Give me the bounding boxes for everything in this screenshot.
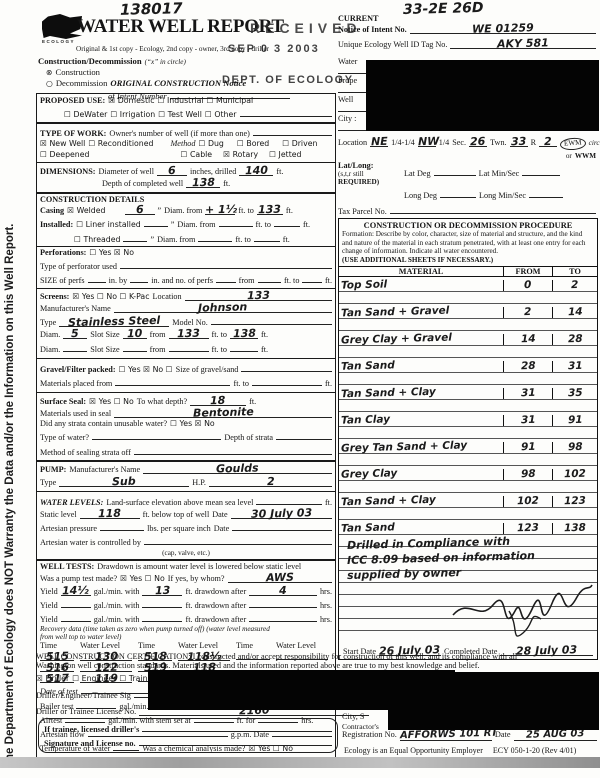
perforator-label: Type of perforator used — [40, 262, 117, 272]
screens-label: Screens: — [40, 292, 69, 302]
cell-from: 28 — [521, 361, 536, 372]
pump-test-yesno: ☒ Yes ☐ No — [120, 574, 165, 584]
circle-one-note: circle one — [589, 139, 600, 148]
checkbox-irrigation: ☐ Irrigation — [110, 110, 155, 120]
gal-min-label: gal./min. with — [94, 587, 140, 597]
pump-type-label: Type — [40, 478, 56, 488]
owners-number-blank — [253, 125, 332, 136]
slot-size2-blank — [123, 341, 147, 352]
by-whom-blank: AWS — [228, 572, 332, 583]
checkbox-new-well: ☒ New Well — [40, 139, 85, 149]
casing-label: Casing — [40, 206, 64, 216]
trainee-blank1 — [142, 721, 332, 732]
proposed-use-title: PROPOSED USE: — [40, 96, 105, 106]
lbs-label: lbs. per square inch — [147, 524, 211, 534]
casing-from-value: + 1½ — [205, 204, 237, 216]
checkbox-dewater: ☐ DeWater — [64, 110, 107, 120]
perf-blank — [258, 272, 281, 283]
yield2-hrs-blank — [249, 597, 317, 608]
cell-from: 14 — [521, 334, 536, 345]
model-no-blank — [211, 314, 332, 325]
cell-to: 98 — [568, 442, 583, 453]
location-line: Location NE 1/4-1/4 NW 1/4 Sec. 26 Twn. … — [338, 136, 596, 150]
gravel-size-blank — [241, 361, 332, 372]
note-line-1: Drilled in Compliance with — [347, 534, 577, 551]
decommission-radio-icon: ○ — [46, 79, 53, 89]
current-label: CURRENT — [338, 14, 596, 23]
table-row — [339, 292, 597, 304]
artesian-controlled-blank — [144, 534, 332, 545]
static-level-value: 118 — [98, 508, 121, 520]
gravel-size-label: Size of gravel/sand — [176, 365, 239, 375]
diameter-label: Diameter of well — [99, 167, 154, 177]
checkbox-other: ☐ Other — [205, 110, 237, 120]
city-state-label: City, S — [342, 712, 365, 721]
table-row: Top Soil02 — [339, 277, 597, 292]
cell-to: 35 — [568, 388, 583, 399]
ft-to-label: ft. to — [233, 379, 248, 389]
yield2-dd-blank — [142, 597, 182, 608]
dimensions-title: DIMENSIONS: — [40, 167, 96, 177]
checkbox-rotary: ☒ Rotary — [223, 150, 258, 160]
long-min-label: Long Min/Sec — [479, 191, 526, 201]
copy-distribution-note: Original & 1st copy - Ecology, 2nd copy … — [76, 45, 269, 53]
other-blank — [240, 106, 333, 117]
twn-label: Twn. — [490, 138, 506, 148]
ft-to-label: ft. to — [238, 206, 253, 216]
section-construction-details: CONSTRUCTION DETAILS Casing ☒ Welded 6” … — [36, 192, 336, 359]
trainee-line1: If trainee, licensed driller's — [44, 725, 139, 735]
screen-diam-blank: 5 — [63, 328, 87, 339]
procedure-box: CONSTRUCTION OR DECOMMISSION PROCEDURE F… — [338, 218, 598, 660]
q14-label: 1/4-1/4 — [391, 138, 415, 148]
hp-value: 2 — [266, 476, 274, 487]
date-label: Date — [214, 524, 229, 534]
cell-from: 102 — [517, 496, 539, 507]
ft-label: ft. — [325, 498, 332, 508]
logo-caption: ECOLOGY — [42, 39, 82, 44]
sec-label: Sec. — [452, 138, 466, 148]
cell-from: 31 — [521, 388, 536, 399]
ft-drawdown-label: ft. drawdown after — [185, 601, 246, 611]
seal-depth-blank: 18 — [190, 395, 246, 406]
slot-size-value: 10 — [127, 328, 143, 339]
cell-material: Tan Sand + Clay — [341, 495, 436, 508]
yield1-value: 14½ — [62, 584, 89, 596]
note-line-2: ICC 8.09 based on information — [347, 549, 577, 566]
yield1-dd-value: 13 — [155, 585, 171, 596]
table-row — [339, 481, 597, 493]
section-gravel: Gravel/Filter packed:☐ Yes ☒ No ☐Size of… — [36, 358, 336, 394]
scan-artifact-band — [0, 757, 600, 768]
cell-to: 123 — [564, 496, 586, 507]
table-row — [339, 400, 597, 412]
checkbox-threaded: ☐ Threaded — [74, 235, 120, 245]
slot-size-label: Slot Size — [90, 330, 119, 340]
screen-type-blank: Stainless Steel — [59, 316, 169, 327]
checkbox-driller: ☒ Driller — [36, 674, 69, 684]
ft-label: ft. — [325, 379, 332, 389]
registration-line: Registration No. AFFORWS 101 RT Date 25 … — [342, 730, 597, 741]
threaded-to-blank — [254, 231, 280, 242]
yield2-blank — [61, 597, 91, 608]
slot-size2-label: Slot Size — [90, 345, 119, 355]
inch-mark: ” — [158, 206, 162, 216]
recovery-note-2: from well top to water level) — [40, 633, 332, 641]
cell-from: 2 — [524, 307, 532, 318]
table-row: Tan Sand + Gravel214 — [339, 304, 597, 319]
perf-blank — [216, 272, 236, 283]
screen-diam-label: Diam. — [40, 330, 60, 340]
ft-to-label: ft. to — [256, 220, 271, 230]
construction-radio-icon: ⊗ — [46, 68, 53, 78]
registration-date-blank: 25 AUG 03 — [514, 730, 597, 741]
perforations-yesno: ☐ Yes ☒ No — [89, 248, 134, 258]
procedure-title: CONSTRUCTION OR DECOMMISSION PROCEDURE — [339, 219, 597, 230]
elevation-blank — [256, 494, 322, 505]
checkbox-welded: ☒ Welded — [67, 206, 105, 216]
casing-to-value: 133 — [258, 204, 281, 216]
or-label: or — [566, 152, 572, 161]
str-note1: (s,t,r still — [338, 170, 396, 178]
sealing-method-label: Method of sealing strata off — [40, 448, 131, 458]
gravel-to-blank — [252, 375, 322, 386]
slot-size-blank: 10 — [123, 328, 147, 339]
yield3-blank — [61, 611, 91, 622]
pump-type-blank: Sub — [59, 476, 189, 487]
signature-line-label: Driller/Engineer/Trainee Sig — [36, 691, 131, 701]
decommission-option: Decommission — [56, 78, 108, 89]
gal-min-label: gal./min. with — [94, 601, 140, 611]
hp-label: H.P. — [192, 478, 206, 488]
form-number: ECY 050-1-20 (Rev 4/01) — [493, 746, 576, 756]
cell-material: Grey Clay + Gravel — [341, 333, 452, 346]
pump-title: PUMP: — [40, 465, 66, 475]
threaded-from-blank — [198, 231, 232, 242]
table-row — [339, 427, 597, 439]
yield1-hrs-blank: 4 — [249, 585, 317, 596]
artesian-pressure-label: Artesian pressure — [40, 524, 97, 534]
owners-number-label: Owner's number of well (if more than one… — [109, 129, 249, 139]
section-pump: PUMP:Manufacturer's NameGoulds TypeSubH.… — [36, 460, 336, 492]
registration-date-value: 25 AUG 03 — [526, 729, 585, 741]
cell-to: 102 — [564, 469, 586, 480]
cell-material: Tan Sand + Gravel — [341, 306, 450, 319]
surface-seal-title: Surface Seal: — [40, 397, 86, 407]
checkbox-municipal: ☐ Municipal — [207, 96, 254, 106]
drilled-blank: 140 — [239, 165, 273, 176]
casing-to-blank: 133 — [257, 204, 283, 215]
long-deg-blank — [440, 187, 476, 198]
col-material: MATERIAL — [339, 267, 504, 276]
pump-mfr-blank: Goulds — [143, 463, 332, 474]
section-proposed-use: PROPOSED USE: ☒ Domestic ☐ Industrial ☐ … — [36, 93, 336, 124]
cell-from: 98 — [521, 469, 536, 480]
section-surface-seal: Surface Seal:☒ Yes ☐ NoTo what depth?18f… — [36, 392, 336, 462]
tax-parcel-label: Tax Parcel No. — [338, 207, 387, 217]
gravel-from-blank — [115, 375, 230, 386]
registration-blank: AFFORWS 101 RT — [400, 730, 492, 741]
location-label: Location — [338, 138, 367, 148]
construction-details-title: CONSTRUCTION DETAILS — [40, 195, 332, 204]
checkbox-engineer: ☐ Engineer — [72, 674, 116, 684]
tag-label: Unique Ecology Well ID Tag No. — [338, 40, 447, 50]
long-deg-label: Long Deg — [404, 191, 437, 201]
section-water-levels: WATER LEVELS:Land-surface elevation abov… — [36, 491, 336, 561]
cell-from: 123 — [517, 523, 539, 534]
table-row — [339, 346, 597, 358]
table-row: Grey Tan Sand + Clay9198 — [339, 439, 597, 454]
cell-material: Grey Clay — [341, 468, 398, 480]
q1-blank: NE — [370, 136, 388, 147]
str-note2: REQUIRED) — [338, 178, 396, 186]
cell-to: 31 — [568, 361, 583, 372]
ft-to-label: ft. to — [212, 330, 227, 340]
cd-heading: Construction/Decommission — [38, 56, 142, 67]
section-dimensions: DIMENSIONS:Diameter of well 6 inches, dr… — [36, 162, 336, 194]
from-label: from — [150, 330, 166, 340]
range-blank: 2 — [539, 136, 557, 147]
sealing-method-blank — [134, 444, 332, 455]
completed-depth-label: Depth of completed well — [102, 179, 183, 189]
ft-label: ft. — [261, 345, 268, 355]
seal-material-blank: Bentonite — [114, 407, 332, 418]
table-row: Tan Sand123138 — [339, 520, 597, 535]
material-table-header: MATERIAL FROM TO — [339, 266, 597, 277]
elevation-label: Land-surface elevation above mean sea le… — [106, 498, 253, 508]
state-logo-shape — [42, 14, 82, 39]
cell-from: 31 — [521, 415, 536, 426]
type-of-water-label: Type of water? — [40, 433, 89, 443]
type-of-work-title: TYPE OF WORK: — [40, 129, 106, 139]
seal-material-value: Bentonite — [193, 406, 254, 419]
gravel-yesno: ☐ Yes ☒ No ☐ — [119, 365, 173, 375]
yield1-dd-blank: 13 — [142, 585, 182, 596]
screen-to2-blank — [230, 341, 258, 352]
in-no-label: in. and no. of perfs — [151, 276, 213, 286]
cell-from: 0 — [524, 280, 532, 291]
latlong-block: orWWM Lat/Long: (s,t,r still REQUIRED) L… — [338, 152, 596, 202]
diam-from-label: Diam. from — [177, 220, 215, 230]
completed-depth-value: 138 — [192, 177, 215, 189]
depth-strata-label: Depth of strata — [224, 433, 273, 443]
redaction-box-contractor-info — [388, 672, 599, 730]
installed-label: Installed: — [40, 220, 73, 230]
yield-label: Yield — [40, 587, 58, 597]
noi-value: WE 01259 — [472, 22, 534, 35]
in-by-label: in. by — [109, 276, 128, 286]
pump-type-value: Sub — [112, 475, 136, 487]
range-value: 2 — [544, 136, 552, 147]
depth-strata-blank — [276, 429, 332, 440]
cell-to: 2 — [571, 280, 579, 291]
table-row: Grey Clay98102 — [339, 466, 597, 481]
lat-deg-blank — [434, 165, 476, 176]
yield-label: Yield — [40, 615, 58, 625]
time-header: Time — [236, 641, 270, 650]
tax-parcel-blank — [390, 203, 596, 214]
by-whom-value: AWS — [266, 572, 294, 584]
sec-blank: 26 — [469, 136, 487, 147]
table-row: Tan Clay3191 — [339, 412, 597, 427]
rotated-margin-disclaimer: The Department of Ecology does NOT Warra… — [4, 2, 16, 768]
water-level-header: Water Level — [276, 641, 328, 650]
ewm-circled: EWM — [560, 137, 586, 151]
lat-deg-label: Lat Deg — [404, 169, 431, 179]
screen-from-blank: 133 — [169, 328, 209, 339]
checkbox-deepened: ☐ Deepened — [40, 150, 90, 160]
hrs-label: hrs. — [320, 601, 332, 611]
checkbox-domestic: ☒ Domestic — [108, 96, 154, 106]
checkbox-testwell: ☐ Test Well — [158, 110, 202, 120]
tax-parcel-line: Tax Parcel No. — [338, 203, 596, 217]
registration-label: Registration No. — [342, 730, 397, 740]
static-date-blank: 30 July 03 — [231, 508, 332, 519]
twn-blank: 33 — [510, 136, 528, 147]
screen-diam2-label: Diam. — [40, 345, 60, 355]
ft-label: ft. — [286, 206, 293, 216]
table-row — [339, 454, 597, 466]
cd-hint: (“x” in circle) — [145, 58, 186, 67]
col-to: TO — [553, 267, 597, 276]
drilled-value: 140 — [245, 165, 268, 177]
casing-from-blank: + 1½ — [205, 204, 235, 215]
notice-of-intent-block: CURRENT Notice of Intent No.WE 01259 Uni… — [338, 14, 596, 51]
screen-from2-blank — [169, 341, 209, 352]
table-row: Tan Sand2831 — [339, 358, 597, 373]
static-level-label: Static level — [40, 510, 77, 520]
liner-to-blank — [274, 216, 300, 227]
artesian-pressure-blank — [100, 520, 144, 531]
trainee-line2: Signature and License no. — [44, 739, 136, 749]
long-min-blank — [529, 187, 563, 198]
license-label: Driller or Trainee License No. — [36, 707, 136, 717]
q2-value: NW — [418, 136, 440, 148]
screen-mfr-label: Manufacturer's Name — [40, 304, 111, 314]
cell-to: 14 — [568, 307, 583, 318]
yield1-hrs-value: 4 — [279, 585, 287, 596]
recovery-header: TimeWater Level TimeWater Level TimeWate… — [40, 641, 332, 650]
inch-mark: ” — [171, 220, 175, 230]
checkbox-liner: ☐ Liner installed — [76, 220, 140, 230]
checkbox-driven: ☐ Driven — [282, 139, 317, 149]
q1-value: NE — [371, 136, 388, 147]
ft-drawdown-label: ft. drawdown after — [185, 587, 246, 597]
certification-line2: Washington well construction standards. … — [36, 661, 597, 670]
ft-label: ft. — [303, 220, 310, 230]
seal-depth-label: To what depth? — [137, 397, 187, 407]
table-row: Tan Sand + Clay102123 — [339, 493, 597, 508]
pump-mfr-value: Goulds — [216, 463, 259, 475]
perf-blank — [88, 272, 106, 283]
size-perfs-label: SIZE of perfs — [40, 276, 85, 286]
screen-type-label: Type — [40, 318, 56, 328]
construction-option: Construction — [56, 67, 100, 78]
welded-size-value: 6 — [136, 204, 144, 215]
table-row — [339, 373, 597, 385]
procedure-instructions: Formation: Describe by color, character,… — [339, 230, 597, 256]
ft-to-label: ft. to — [235, 235, 250, 245]
yield3-hrs-blank — [249, 611, 317, 622]
ecology-logo-icon: ECOLOGY — [42, 14, 82, 44]
original-construction-note: ORIGINAL CONSTRUCTION Notice — [110, 78, 246, 89]
artesian-date-blank — [232, 520, 332, 531]
screen-to-value: 138 — [232, 328, 255, 340]
equal-opportunity-note: Ecology is an Equal Opportunity Employer — [344, 746, 483, 756]
ft-label: ft. — [223, 179, 230, 189]
water-well-report-scan: The Department of Ecology does NOT Warra… — [0, 0, 600, 778]
q2-blank: NW — [418, 136, 436, 147]
trainee-blank2 — [139, 735, 332, 746]
welded-size-blank: 6 — [125, 204, 155, 215]
yield-label: Yield — [40, 601, 58, 611]
screen-mfr-value: Johnson — [198, 301, 248, 313]
inch-mark: ” — [150, 235, 154, 245]
screens-yesno: ☒ Yes ☐ No ☐ K-Pac — [72, 292, 149, 302]
hrs-label: hrs. — [320, 587, 332, 597]
procedure-instructions-2: (USE ADDITIONAL SHEETS IF NECESSARY.) — [339, 256, 597, 265]
cell-material: Tan Sand + Clay — [341, 387, 436, 400]
screen-from-value: 133 — [177, 328, 200, 340]
perf-blank — [302, 272, 322, 283]
ft-label: ft. — [283, 235, 290, 245]
yield1-blank: 14½ — [61, 585, 91, 596]
threaded-size-blank — [123, 231, 147, 242]
table-row: Grey Clay + Gravel1428 — [339, 331, 597, 346]
cell-material: Tan Sand — [341, 522, 395, 534]
unusable-water-label: Did any strata contain unusable water? — [40, 419, 167, 429]
screen-diam-value: 5 — [71, 328, 79, 339]
tag-value: AKY 581 — [497, 38, 549, 50]
unusable-water-yesno: ☐ Yes ☒ No — [170, 419, 215, 429]
liner-size-blank — [144, 216, 168, 227]
signature-scrawl-icon — [449, 567, 594, 645]
screens-location-value: 133 — [247, 289, 270, 301]
gravel-materials-label: Materials placed from — [40, 379, 112, 389]
ft-to-label: ft. to — [212, 345, 227, 355]
trainee-box: If trainee, licensed driller's Signature… — [38, 718, 338, 753]
method-label: Method — [170, 139, 195, 149]
cell-material: Top Soil — [341, 279, 387, 291]
tag-blank: AKY 581 — [450, 38, 596, 49]
liner-from-blank — [219, 216, 253, 227]
cell-to: 138 — [564, 523, 586, 534]
gal-min-label: gal./min. with — [94, 615, 140, 625]
date-label: Date — [212, 510, 227, 520]
lat-min-blank — [522, 165, 560, 176]
ft-label: ft. — [276, 167, 283, 177]
from-label: from — [239, 276, 255, 286]
screen-mfr-blank: Johnson — [114, 302, 332, 313]
sec-value: 26 — [470, 136, 486, 147]
noi-blank: WE 01259 — [410, 23, 596, 34]
cell-material: Tan Sand — [341, 360, 395, 372]
ft-drawdown-label: ft. drawdown after — [185, 615, 246, 625]
well-tests-title: WELL TESTS: — [40, 562, 94, 572]
perforator-blank — [120, 258, 332, 269]
checkbox-reconditioned: ☐ Reconditioned — [88, 139, 153, 149]
type-of-water-blank — [92, 429, 221, 440]
seal-material-label: Materials used in seal — [40, 409, 111, 419]
screens-location-label: Location — [153, 292, 182, 302]
completed-depth-blank: 138 — [186, 177, 220, 188]
range-label: R — [531, 138, 536, 148]
certification-line1: WELL CONSTRUCTION CERTIFICATION: I const… — [36, 652, 597, 661]
seal-depth-value: 18 — [210, 394, 226, 405]
cell-to: 91 — [568, 415, 583, 426]
water-levels-title: WATER LEVELS: — [40, 498, 103, 508]
hrs-label: hrs. — [320, 615, 332, 625]
